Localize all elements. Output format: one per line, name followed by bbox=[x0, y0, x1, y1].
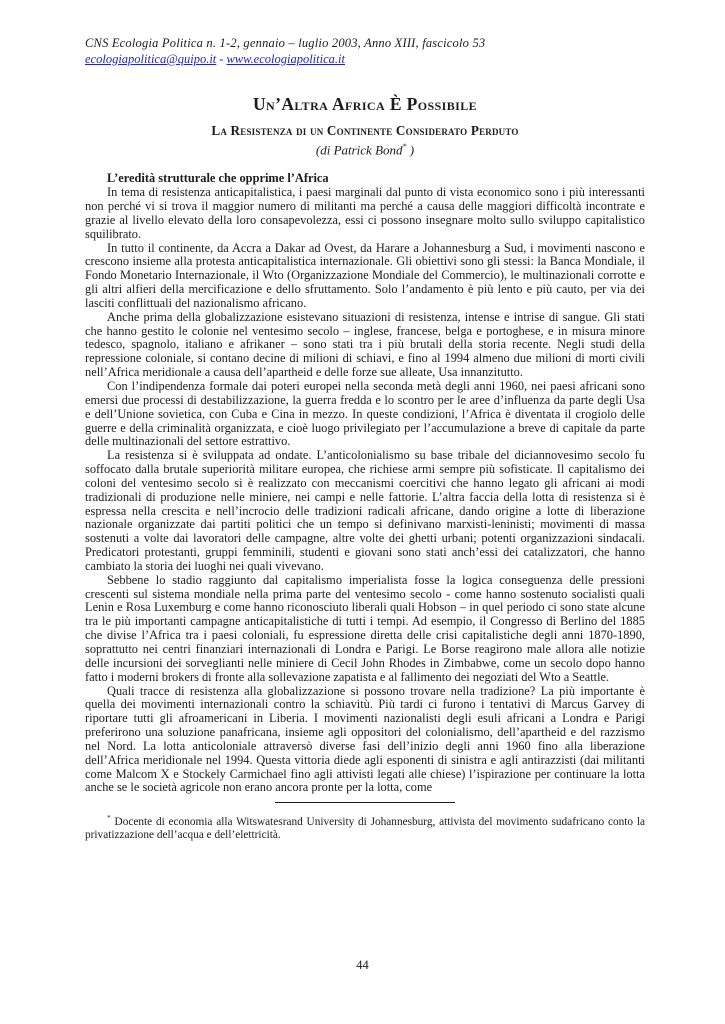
journal-title-line: CNS Ecologia Politica n. 1-2, gennaio – … bbox=[85, 35, 645, 51]
link-separator: - bbox=[219, 52, 223, 66]
article-title: Un’Altra Africa È Possibile bbox=[85, 94, 645, 114]
document-page: CNS Ecologia Politica n. 1-2, gennaio – … bbox=[0, 0, 725, 1024]
article-subtitle: La Resistenza di un Continente Considera… bbox=[85, 123, 645, 138]
body-paragraph: In tutto il continente, da Accra a Dakar… bbox=[85, 242, 645, 311]
footnote-marker: * bbox=[107, 813, 111, 822]
body-paragraph: Con l’indipendenza formale dai poteri eu… bbox=[85, 380, 645, 449]
footnote-text: Docente di economia alla Witswatesrand U… bbox=[85, 816, 645, 841]
body-paragraph: In tema di resistenza anticapitalistica,… bbox=[85, 186, 645, 241]
journal-header: CNS Ecologia Politica n. 1-2, gennaio – … bbox=[85, 35, 645, 67]
byline-closing: ) bbox=[407, 142, 415, 157]
journal-links-line: ecologiapolitica@quipo.it-www.ecologiapo… bbox=[85, 51, 645, 67]
byline-text: (di Patrick Bond bbox=[316, 142, 403, 157]
body-paragraph: Anche prima della globalizzazione esiste… bbox=[85, 311, 645, 380]
body-paragraph: Quali tracce di resistenza alla globaliz… bbox=[85, 685, 645, 796]
article-byline: (di Patrick Bond* ) bbox=[85, 139, 645, 157]
page-number: 44 bbox=[0, 958, 725, 973]
article-body: L’eredità strutturale che opprime l’Afri… bbox=[85, 172, 645, 795]
email-link[interactable]: ecologiapolitica@quipo.it bbox=[85, 52, 216, 66]
section-heading: L’eredità strutturale che opprime l’Afri… bbox=[85, 172, 645, 186]
body-paragraph: Sebbene lo stadio raggiunto dal capitali… bbox=[85, 574, 645, 685]
footnote-divider bbox=[275, 802, 455, 803]
footnote: * Docente di economia alla Witswatesrand… bbox=[85, 811, 645, 843]
website-link[interactable]: www.ecologiapolitica.it bbox=[226, 52, 345, 66]
body-paragraph: La resistenza si è sviluppata ad ondate.… bbox=[85, 449, 645, 574]
